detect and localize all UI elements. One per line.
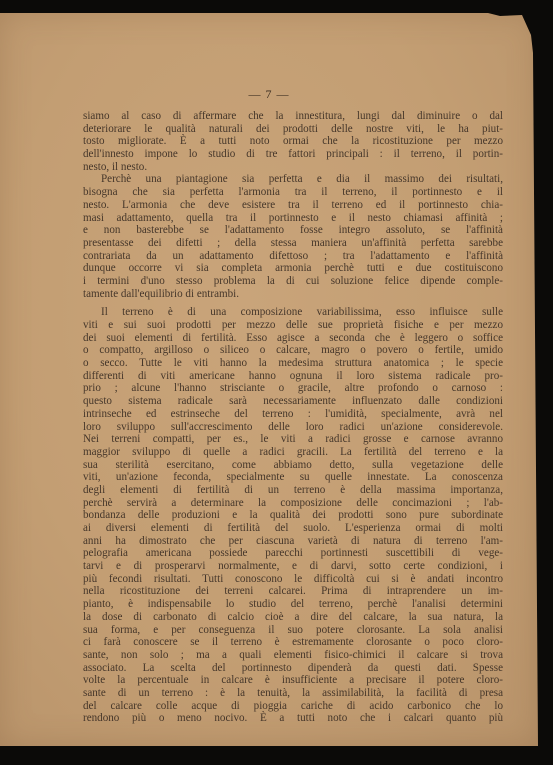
text-line: dell'innesto impone lo studio di tre fat…: [83, 148, 503, 161]
text-line: nesto, il nesto.: [83, 161, 503, 174]
text-line: nesto. L'armonia che deve esistere tra i…: [83, 199, 503, 212]
page-number: — 7 —: [0, 87, 538, 102]
text-line: la dose di carbonato di calcio cioè a di…: [83, 611, 503, 624]
text-line: e non basterebbe se l'adattamento fosse …: [83, 224, 503, 237]
text-line: Perchè una piantagione sia perfetta e di…: [83, 173, 503, 186]
text-line: bondanza delle produzioni e la qualità d…: [83, 509, 503, 522]
text-line: i termini d'uno stesso problema la di cu…: [83, 275, 503, 288]
text-line: differenti di viti americane hanno ognun…: [83, 370, 503, 383]
text-line: rendono più o meno nocivo. È a tutti not…: [83, 712, 503, 725]
text-line: prio ; alcune l'hanno strisciante o grac…: [83, 382, 503, 395]
text-line: dei suoi elementi di fertilità. Esso agi…: [83, 332, 503, 345]
text-line: più fecondi risultati. Tutti conoscono l…: [83, 573, 503, 586]
text-line: ai diversi elementi di fertilità del suo…: [83, 522, 503, 535]
text-line: tosto migliorate. È a tutti noto ormai c…: [83, 135, 503, 148]
text-line: sante, non solo ; ma a quali elementi fi…: [83, 649, 503, 662]
text-line: sua forma, e per conseguenza il suo pote…: [83, 624, 503, 637]
text-line: del calcare colle acque di pioggia caric…: [83, 700, 503, 713]
text-line: bisogna che sia perfetta l'armonia tra i…: [83, 186, 503, 199]
text-line: o compatto, argilloso o siliceo o calcar…: [83, 344, 503, 357]
text-line: nella ricostituzione dei terreni calcare…: [83, 585, 503, 598]
text-line: pelografia americana possiede parecchi p…: [83, 547, 503, 560]
text-line: perchè servirà a determinare la composiz…: [83, 497, 503, 510]
text-line: tamente dall'equilibrio di entrambi.: [83, 288, 503, 301]
text-line: anni ha dimostrato che per ciascuna vari…: [83, 535, 503, 548]
text-line: viti e sui suoi prodotti per mezzo delle…: [83, 319, 503, 332]
text-line: dunque occorre vi sia completa armonia p…: [83, 262, 503, 275]
text-line: sua sterilità esercitano, come abbiamo d…: [83, 459, 503, 472]
body-text: siamo al caso di affermare che la innest…: [83, 110, 503, 725]
text-line: intrinseche ed estrinseche del terreno :…: [83, 408, 503, 421]
text-line: questo sistema radicale sarà necessariam…: [83, 395, 503, 408]
text-line: siamo al caso di affermare che la innest…: [83, 110, 503, 123]
text-line: loro sviluppo sull'accrescimento delle l…: [83, 421, 503, 434]
text-line: associato. La scelta del portinnesto dip…: [83, 662, 503, 675]
text-line: o secco. Tutte le viti hanno la medesima…: [83, 357, 503, 370]
text-line: Nei terreni compatti, per es., le viti a…: [83, 433, 503, 446]
text-line: tarvi e di prosperarvi normalmente, e di…: [83, 560, 503, 573]
text-line: sante di un terreno : è la tenuità, la a…: [83, 687, 503, 700]
text-line: Il terreno è di una composizione variabi…: [83, 306, 503, 319]
text-line: volte la percentuale in calcare è insuff…: [83, 674, 503, 687]
text-line: ci farà conoscere se il terreno è estrem…: [83, 636, 503, 649]
document-page: — 7 — siamo al caso di affermare che la …: [0, 13, 538, 746]
text-line: presentasse dei difetti ; della stessa m…: [83, 237, 503, 250]
text-line: maggior sviluppo di quelle a radici grac…: [83, 446, 503, 459]
text-line: viti, un'azione feconda, specialmente su…: [83, 471, 503, 484]
text-line: degli elementi di fertilità di un terren…: [83, 484, 503, 497]
text-line: deteriorare le qualità naturali dei prod…: [83, 123, 503, 136]
text-line: contrariata da un adattamento difettoso …: [83, 250, 503, 263]
text-line: masi adattamento, quella tra il portinne…: [83, 212, 503, 225]
text-line: pianto, è indispensabile lo studio del t…: [83, 598, 503, 611]
